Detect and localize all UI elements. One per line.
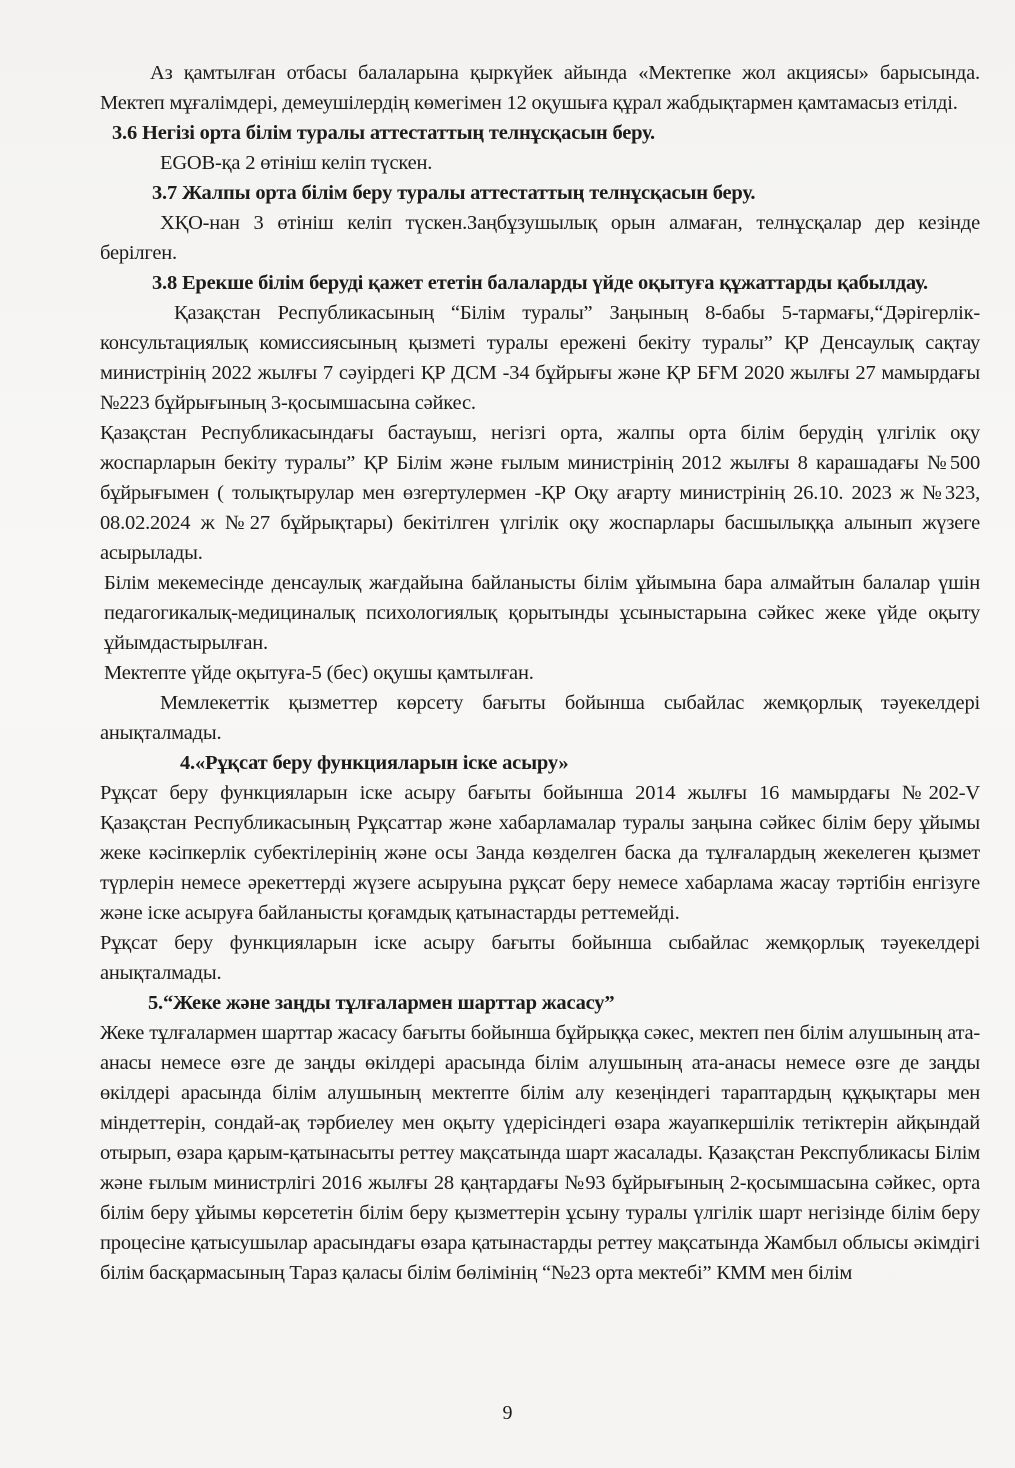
paragraph: Рұқсат беру функцияларын іске асыру бағы…: [100, 778, 980, 928]
document-body: Аз қамтылған отбасы балаларына қыркүйек …: [100, 58, 980, 1288]
paragraph: Рұқсат беру функцияларын іске асыру бағы…: [100, 928, 980, 988]
paragraph: Аз қамтылған отбасы балаларына қыркүйек …: [100, 58, 980, 118]
section-heading: 3.7 Жалпы орта білім беру туралы аттеста…: [100, 178, 980, 208]
paragraph: Мектепте үйде оқытуға-5 (бес) оқушы қамт…: [100, 658, 980, 688]
page-number: 9: [0, 1402, 1015, 1425]
section-heading: 3.6 Негізі орта білім туралы аттестаттың…: [100, 118, 980, 148]
document-page: Аз қамтылған отбасы балаларына қыркүйек …: [0, 0, 1015, 1468]
paragraph: Қазақстан Республикасының “Білім туралы”…: [100, 298, 980, 418]
paragraph: EGOB-қа 2 өтініш келіп түскен.: [100, 148, 980, 178]
section-heading: 3.8 Ерекше білім беруді қажет ететін бал…: [100, 268, 980, 298]
section-heading: 5.“Жеке және заңды тұлғалармен шарттар ж…: [100, 988, 980, 1018]
paragraph: Білім мекемесінде денсаулық жағдайына ба…: [100, 568, 980, 658]
paragraph: Жеке тұлғалармен шарттар жасасу бағыты б…: [100, 1018, 980, 1288]
paragraph: Қазақстан Республикасындағы бастауыш, не…: [100, 418, 980, 568]
paragraph: ХҚО-нан 3 өтініш келіп түскен.Заңбұзушыл…: [100, 208, 980, 268]
paragraph: Мемлекеттік қызметтер көрсету бағыты бой…: [100, 688, 980, 748]
section-heading: 4.«Рұқсат беру функцияларын іске асыру»: [100, 748, 980, 778]
